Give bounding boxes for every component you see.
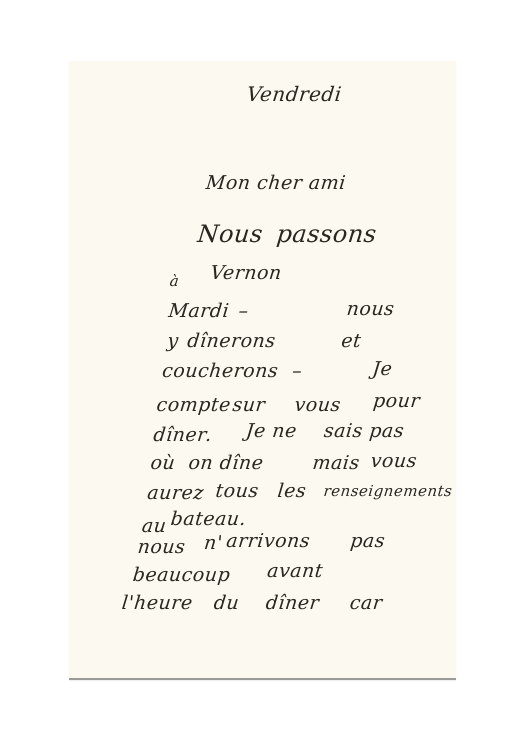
word: – [237, 300, 249, 322]
word: Vernon [209, 262, 283, 284]
word: aurez [146, 482, 205, 504]
word: les [276, 480, 307, 502]
word: pas [349, 530, 386, 552]
word: du [213, 592, 241, 614]
letter-body: Mon cher ami Nous passons à Vernon Mardi… [0, 0, 530, 747]
word: car [349, 592, 384, 614]
word: coucherons [161, 360, 279, 382]
word: nous [137, 536, 187, 558]
word: renseignements [323, 482, 454, 500]
word: mais [311, 452, 360, 474]
word: avant [266, 560, 324, 582]
word: où [149, 452, 176, 474]
salutation: Mon cher ami [205, 172, 347, 194]
word: compte [156, 394, 232, 416]
word: à [169, 272, 180, 290]
word: on dîne [187, 452, 264, 474]
word: vous [370, 450, 418, 472]
word: – [291, 360, 303, 382]
word: Nous [196, 220, 264, 248]
word: dîner [152, 424, 208, 446]
word: sur [232, 394, 267, 416]
word: Mardi [167, 300, 230, 322]
word: y [166, 330, 180, 352]
word: au [141, 515, 168, 537]
word: n' [203, 532, 224, 554]
word: Je ne [245, 420, 298, 442]
word: sais pas [323, 420, 405, 442]
word: dînerons [186, 330, 277, 352]
word: vous [294, 394, 342, 416]
word: dîner [265, 592, 321, 614]
word: passons [275, 220, 378, 248]
word: l'heure [121, 592, 194, 614]
word: bateau. [170, 508, 248, 530]
word: Je [371, 358, 393, 380]
word: . [204, 424, 213, 446]
word: et [340, 330, 362, 352]
word: beaucoup [132, 564, 232, 586]
word: pour [372, 390, 421, 412]
word: nous [346, 298, 396, 320]
word: tous [214, 480, 259, 502]
word: arrivons [225, 530, 311, 552]
